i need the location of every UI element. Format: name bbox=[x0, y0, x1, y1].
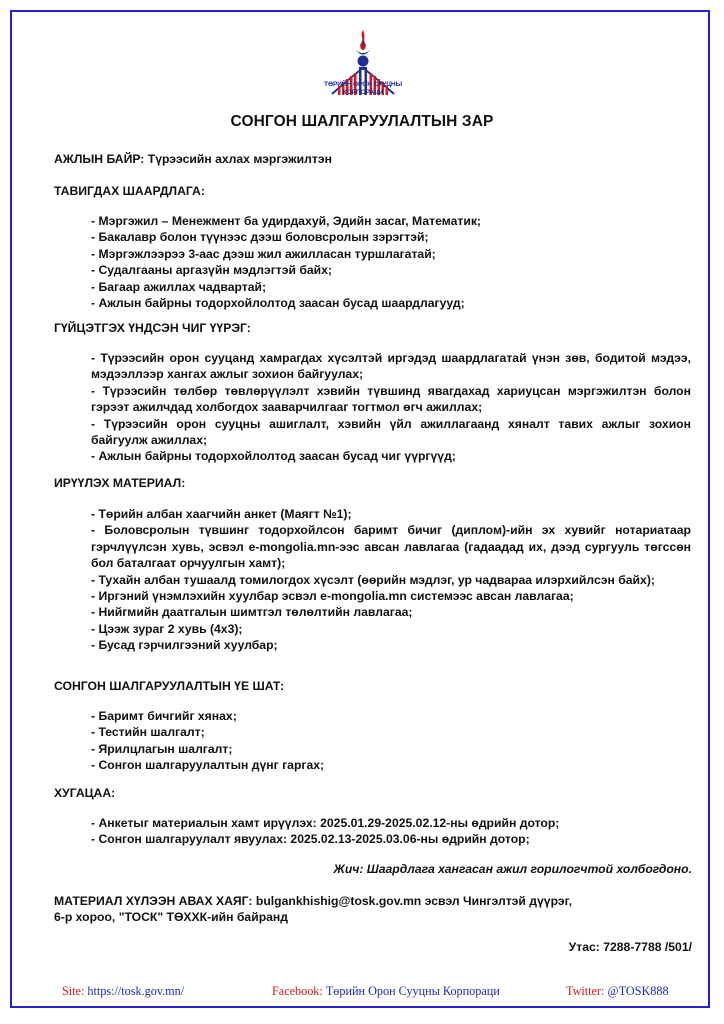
contact-phone: Утас: 7288-7788 /501/ bbox=[569, 939, 692, 955]
material-item: - Боловсролын түвшинг тодорхойлсон барим… bbox=[91, 522, 691, 571]
timeline-item: - Сонгон шалгаруулалт явуулах: 2025.02.1… bbox=[91, 831, 691, 847]
timeline-heading: ХУГАЦАА: bbox=[54, 785, 115, 801]
material-item: - Иргэний үнэмлэхийн хуулбар эсвэл e-mon… bbox=[91, 588, 691, 604]
timeline-list: - Анкетыг материалын хамт ирүүлэх: 2025.… bbox=[91, 815, 691, 848]
stage-item: - Баримт бичгийг хянах; bbox=[91, 708, 691, 724]
stage-item: - Тестийн шалгалт; bbox=[91, 724, 691, 740]
duties-heading: ГҮЙЦЭТГЭХ ҮНДСЭН ЧИГ ҮҮРЭГ: bbox=[54, 320, 251, 336]
material-item: - Төрийн албан хаагчийн анкет (Маягт №1)… bbox=[91, 506, 691, 522]
material-item: - Цээж зураг 2 хувь (4x3); bbox=[91, 621, 691, 637]
position-label: АЖЛЫН БАЙР: bbox=[54, 152, 144, 166]
requirement-item: - Бакалавр болон түүнээс дээш боловсролы… bbox=[91, 229, 691, 245]
material-item: - Нийгмийн даатгалын шимтгэл төлөлтийн л… bbox=[91, 604, 691, 620]
position-value: Түрээсийн ахлах мэргэжилтэн bbox=[148, 152, 332, 166]
duty-item: - Түрээсийн төлбөр төвлөрүүлэлт хэвийн т… bbox=[91, 383, 691, 416]
duty-item: - Түрээсийн орон сууцанд хамрагдах хүсэл… bbox=[91, 350, 691, 383]
requirement-item: - Багаар ажиллах чадвартай; bbox=[91, 279, 691, 295]
stages-list: - Баримт бичгийг хянах; - Тестийн шалгал… bbox=[91, 708, 691, 774]
footer-facebook[interactable]: Facebook: Төрийн Орон Сууцны Корпораци bbox=[272, 984, 500, 999]
requirement-item: - Мэргэжил – Менежмент ба удирдахуй, Эди… bbox=[91, 213, 691, 229]
announcement-page: ТӨРИЙН ОРОН СУУЦНЫ КОРПОРАЦИ СОНГОН ШАЛГ… bbox=[0, 0, 724, 1024]
timeline-item: - Анкетыг материалын хамт ирүүлэх: 2025.… bbox=[91, 815, 691, 831]
footer-site-label: Site: bbox=[62, 984, 84, 998]
footer-twitter[interactable]: Twitter: @TOSK888 bbox=[566, 984, 669, 999]
requirement-item: - Ажлын байрны тодорхойлолтод заасан бус… bbox=[91, 295, 691, 311]
duty-item: - Түрээсийн орон сууцны ашиглалт, хэвийн… bbox=[91, 416, 691, 449]
duties-list: - Түрээсийн орон сууцанд хамрагдах хүсэл… bbox=[91, 350, 691, 465]
footer-facebook-label: Facebook: bbox=[272, 984, 323, 998]
duty-item: - Ажлын байрны тодорхойлолтод заасан бус… bbox=[91, 448, 691, 464]
contact-block: МАТЕРИАЛ ХҮЛЭЭН АВАХ ХАЯГ: bulgankhishig… bbox=[54, 893, 572, 926]
stage-item: - Ярилцлагын шалгалт; bbox=[91, 741, 691, 757]
contact-label: МАТЕРИАЛ ХҮЛЭЭН АВАХ ХАЯГ: bbox=[54, 894, 253, 908]
requirement-item: - Мэргэжлээрээ 3-аас дээш жил ажилласан … bbox=[91, 246, 691, 262]
stages-heading: СОНГОН ШАЛГАРУУЛАЛТЫН ҮЕ ШАТ: bbox=[54, 678, 284, 694]
organization-name: ТӨРИЙН ОРОН СУУЦНЫ КОРПОРАЦИ bbox=[322, 81, 404, 97]
footer-twitter-link[interactable]: @TOSK888 bbox=[607, 984, 668, 998]
timeline-note: Жич: Шаардлага хангасан ажил горилогчтой… bbox=[334, 861, 692, 877]
page-title: СОНГОН ШАЛГАРУУЛАЛТЫН ЗАР bbox=[0, 113, 724, 131]
requirements-heading: ТАВИГДАХ ШААРДЛАГА: bbox=[54, 183, 205, 199]
requirement-item: - Судалгааны аргазүйн мэдлэгтэй байх; bbox=[91, 262, 691, 278]
stage-item: - Сонгон шалгаруулалтын дүнг гаргах; bbox=[91, 757, 691, 773]
footer-site-link[interactable]: https://tosk.gov.mn/ bbox=[87, 984, 184, 998]
footer-facebook-link[interactable]: Төрийн Орон Сууцны Корпораци bbox=[326, 984, 500, 998]
contact-address-line2: 6-р хороо, "ТОСК" ТӨХХК-ийн байранд bbox=[54, 909, 572, 925]
requirements-list: - Мэргэжил – Менежмент ба удирдахуй, Эди… bbox=[91, 213, 691, 311]
organization-name-line1: ТӨРИЙН ОРОН СУУЦНЫ bbox=[322, 81, 404, 89]
materials-heading: ИРҮҮЛЭХ МАТЕРИАЛ: bbox=[54, 475, 185, 491]
contact-address-line1: bulgankhishig@tosk.gov.mn эсвэл Чингэлтэ… bbox=[256, 894, 572, 908]
footer-twitter-label: Twitter: bbox=[566, 984, 604, 998]
material-item: - Бусад гэрчилгээний хуулбар; bbox=[91, 637, 691, 653]
position-line: АЖЛЫН БАЙР: Түрээсийн ахлах мэргэжилтэн bbox=[54, 151, 332, 167]
footer-site[interactable]: Site: https://tosk.gov.mn/ bbox=[62, 984, 184, 999]
material-item: - Тухайн албан тушаалд томилогдох хүсэлт… bbox=[91, 572, 691, 588]
materials-list: - Төрийн албан хаагчийн анкет (Маягт №1)… bbox=[91, 506, 691, 654]
organization-name-line2: КОРПОРАЦИ bbox=[322, 89, 404, 97]
